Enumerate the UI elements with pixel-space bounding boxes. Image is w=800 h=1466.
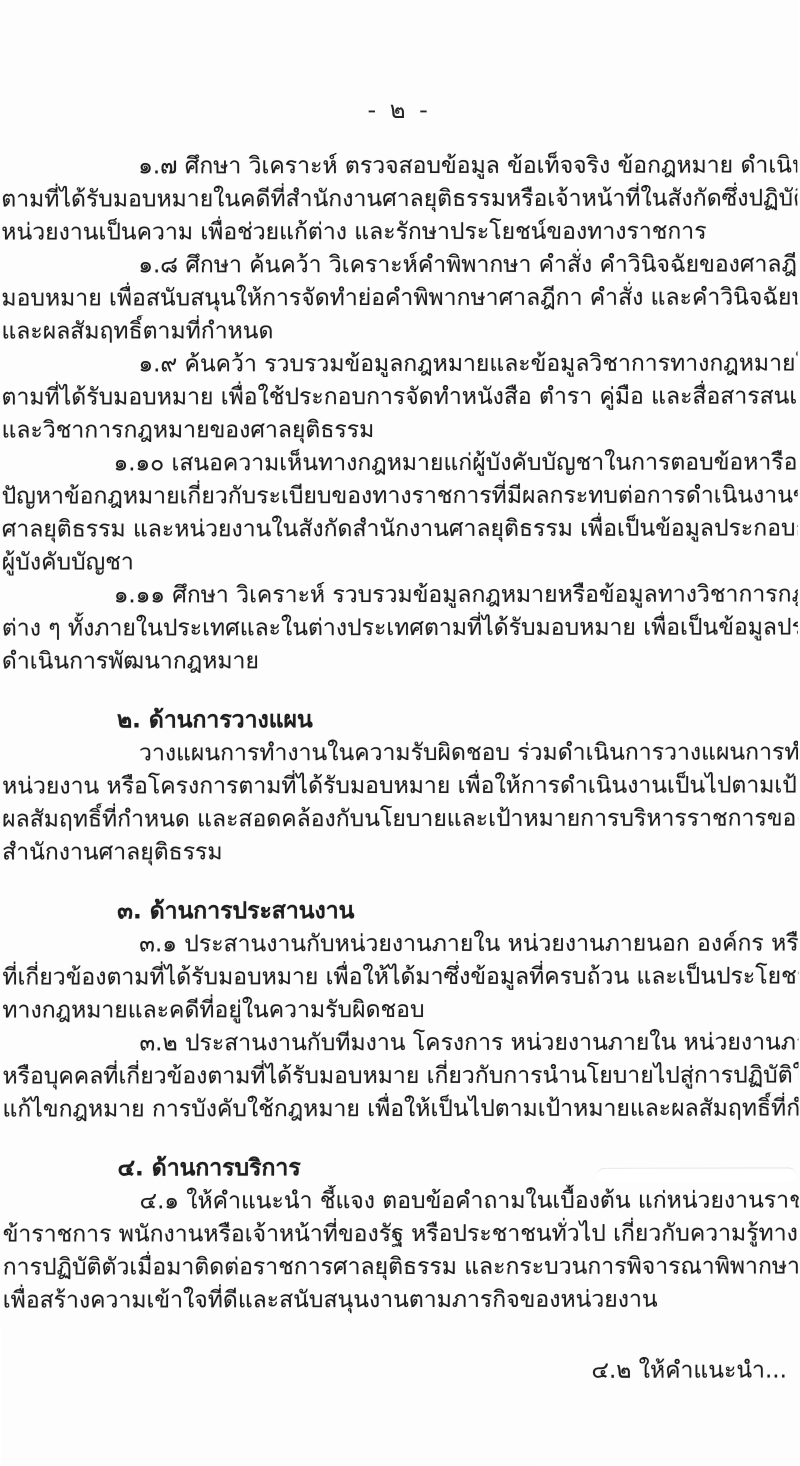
section-heading-planning: ๒. ด้านการวางแผน [2, 703, 798, 737]
text-line: ศาลยุติธรรม และหน่วยงานในสังกัดสำนักงานศ… [2, 512, 798, 546]
whiteout-correction-mark [598, 1167, 796, 1181]
text-line: แก้ไขกฎหมาย การบังคับใช้กฎหมาย เพื่อให้เ… [3, 1092, 799, 1126]
text-line: หรือบุคคลที่เกี่ยวข้องตามที่ได้รับมอบหมา… [2, 1059, 798, 1093]
text-line: ๑.๗ ศึกษา วิเคราะห์ ตรวจสอบข้อมูล ข้อเท็… [1, 149, 797, 183]
text-line: ๑.๑๐ เสนอความเห็นทางกฎหมายแก่ผู้บังคับบั… [2, 446, 798, 480]
text-line: หน่วยงานเป็นความ เพื่อช่วยแก้ต่าง และรัก… [1, 215, 797, 249]
text-line: ผลสัมฤทธิ์ที่กำหนด และสอดคล้องกับนโยบายแ… [2, 802, 798, 836]
text-line: สำนักงานศาลยุติธรรม [2, 835, 798, 869]
text-line: ๑.๘ ศึกษา ค้นคว้า วิเคราะห์คำพิพากษา คำส… [1, 248, 797, 282]
duty-item-1-7: ๑.๗ ศึกษา วิเคราะห์ ตรวจสอบข้อมูล ข้อเท็… [1, 149, 797, 249]
page-number: - ๒ - [0, 89, 799, 129]
text-line: และผลสัมฤทธิ์ตามที่กำหนด [1, 314, 797, 348]
planning-paragraph: วางแผนการทำงานในความรับผิดชอบ ร่วมดำเนิน… [2, 736, 798, 869]
text-line: ทางกฎหมายและคดีที่อยู่ในความรับผิดชอบ [2, 993, 798, 1027]
scanned-document-page: - ๒ - ๑.๗ ศึกษา วิเคราะห์ ตรวจสอบข้อมูล … [0, 0, 800, 1466]
text-line: ที่เกี่ยวข้องตามที่ได้รับมอบหมาย เพื่อให… [2, 960, 798, 994]
duty-item-3-2: ๓.๒ ประสานงานกับทีมงาน โครงการ หน่วยงานภ… [2, 1026, 798, 1126]
continuation-catchword: ๔.๒ ให้คำแนะนำ... [3, 1354, 799, 1388]
text-line: การปฏิบัติตัวเมื่อมาติดต่อราชการศาลยุติธ… [3, 1250, 799, 1284]
text-line: เพื่อสร้างความเข้าใจที่ดีและสนับสนุนงานต… [3, 1283, 799, 1317]
duty-item-1-9: ๑.๙ ค้นคว้า รวบรวมข้อมูลกฎหมายและข้อมูลว… [1, 347, 797, 447]
text-line: ปัญหาข้อกฎหมายเกี่ยวกับระเบียบของทางราชก… [2, 479, 798, 513]
text-line: และวิชาการกฎหมายของศาลยุติธรรม [2, 413, 798, 447]
duty-item-4-1: ๔.๑ ให้คำแนะนำ ชี้แจง ตอบข้อคำถามในเบื้อ… [3, 1184, 799, 1317]
text-line: ต่าง ๆ ทั้งภายในประเทศและในต่างประเทศตาม… [2, 611, 798, 645]
duty-item-1-10: ๑.๑๐ เสนอความเห็นทางกฎหมายแก่ผู้บังคับบั… [2, 446, 798, 579]
text-line: ดำเนินการพัฒนากฎหมาย [2, 644, 798, 678]
section-heading-coordination: ๓. ด้านการประสานงาน [2, 894, 798, 928]
text-line: ผู้บังคับบัญชา [2, 545, 798, 579]
text-line: มอบหมาย เพื่อสนับสนุนให้การจัดทำย่อคำพิพ… [1, 281, 797, 315]
text-line: ตามที่ได้รับมอบหมายในคดีที่สำนักงานศาลยุ… [1, 182, 797, 216]
text-line: ๓.๒ ประสานงานกับทีมงาน โครงการ หน่วยงานภ… [2, 1026, 798, 1060]
duty-item-1-8: ๑.๘ ศึกษา ค้นคว้า วิเคราะห์คำพิพากษา คำส… [1, 248, 797, 348]
text-line: ตามที่ได้รับมอบหมาย เพื่อใช้ประกอบการจัด… [2, 380, 798, 414]
text-line: วางแผนการทำงานในความรับผิดชอบ ร่วมดำเนิน… [2, 736, 798, 770]
duty-item-3-1: ๓.๑ ประสานงานกับหน่วยงานภายใน หน่วยงานภา… [2, 927, 798, 1027]
document-body: ๑.๗ ศึกษา วิเคราะห์ ตรวจสอบข้อมูล ข้อเท็… [1, 149, 799, 1388]
text-line: ๔.๑ ให้คำแนะนำ ชี้แจง ตอบข้อคำถามในเบื้อ… [3, 1184, 799, 1218]
duty-item-1-11: ๑.๑๑ ศึกษา วิเคราะห์ รวบรวมข้อมูลกฎหมายห… [2, 578, 798, 678]
text-line: ๓.๑ ประสานงานกับหน่วยงานภายใน หน่วยงานภา… [2, 927, 798, 961]
text-line: หน่วยงาน หรือโครงการตามที่ได้รับมอบหมาย … [2, 769, 798, 803]
text-line: ๑.๑๑ ศึกษา วิเคราะห์ รวบรวมข้อมูลกฎหมายห… [2, 578, 798, 612]
text-line: ข้าราชการ พนักงานหรือเจ้าหน้าที่ของรัฐ ห… [3, 1217, 799, 1251]
text-line: ๑.๙ ค้นคว้า รวบรวมข้อมูลกฎหมายและข้อมูลว… [1, 347, 797, 381]
